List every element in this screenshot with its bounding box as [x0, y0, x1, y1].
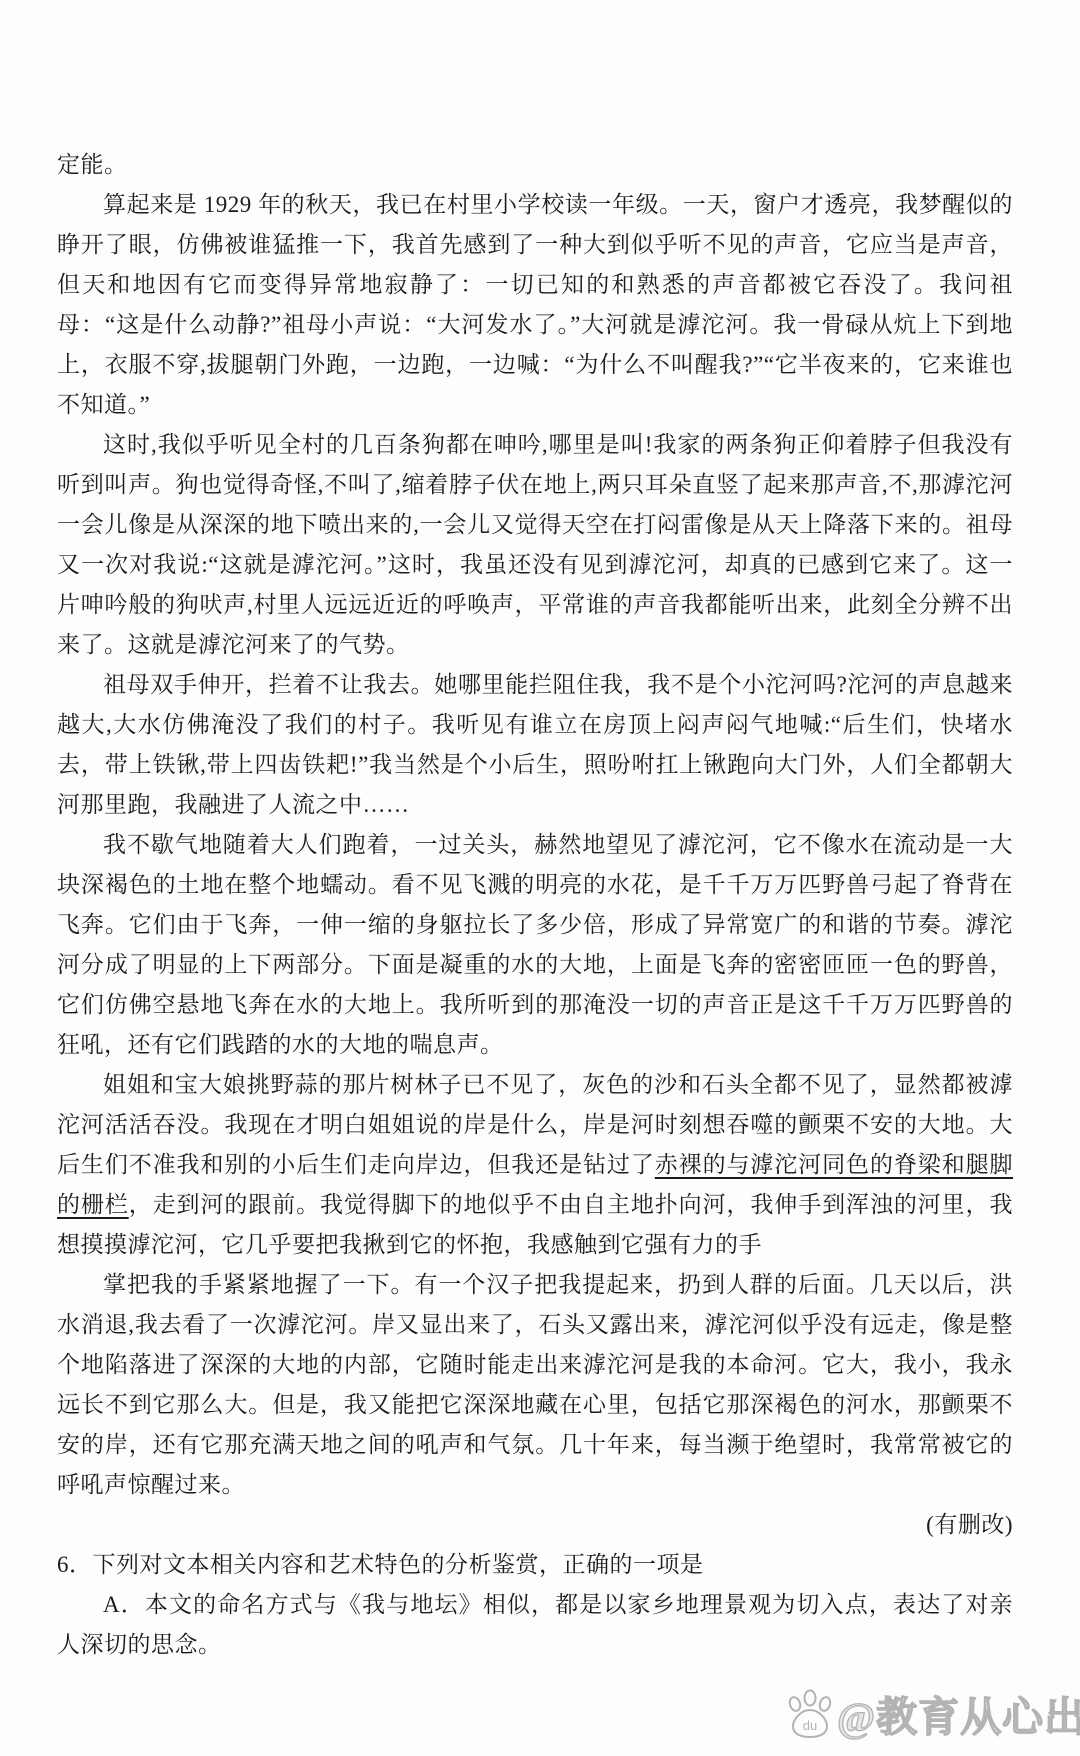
question-6-option-a: A．本文的命名方式与《我与地坛》相似，都是以家乡地理景观为切入点，表达了对亲人深…: [57, 1585, 1013, 1665]
source-note: (有删改): [57, 1505, 1013, 1545]
paragraph-4: 我不歇气地随着大人们跑着，一过关头，赫然地望见了滹沱河，它不像水在流动是一大块深…: [57, 825, 1013, 1065]
paragraph-5-text-after: ，走到河的跟前。我觉得脚下的地似乎不由自主地扑向河，我伸手到浑浊的河里，我想摸摸…: [57, 1192, 1013, 1257]
watermark-handle: @教育从心出: [837, 1684, 1080, 1743]
question-6-stem: 6．下列对文本相关内容和艺术特色的分析鉴赏，正确的一项是: [57, 1545, 1013, 1585]
reading-passage: 定能。 算起来是 1929 年的秋天，我已在村里小学校读一年级。一天，窗户才透亮…: [57, 145, 1013, 1665]
watermark: du @教育从心出: [786, 1684, 1080, 1743]
paragraph-3: 祖母双手伸开，拦着不让我去。她哪里能拦阻住我，我不是个小沱河吗?沱河的声息越来越…: [57, 665, 1013, 825]
scanned-exam-page: 定能。 算起来是 1929 年的秋天，我已在村里小学校读一年级。一天，窗户才透亮…: [0, 0, 1080, 1756]
paw-du-label: du: [803, 1718, 817, 1733]
baidu-paw-icon: du: [786, 1689, 834, 1739]
paragraph-6: 掌把我的手紧紧地握了一下。有一个汉子把我提起来，扔到人群的后面。几天以后，洪水消…: [57, 1265, 1013, 1505]
paragraph-2: 这时,我似乎听见全村的几百条狗都在呻吟,哪里是叫!我家的两条狗正仰着脖子但我没有…: [57, 425, 1013, 665]
paragraph-1: 算起来是 1929 年的秋天，我已在村里小学校读一年级。一天，窗户才透亮，我梦醒…: [57, 185, 1013, 425]
paragraph-fragment: 定能。: [57, 145, 1013, 185]
paragraph-5: 姐姐和宝大娘挑野蒜的那片树林子已不见了，灰色的沙和石头全都不见了，显然都被滹沱河…: [57, 1065, 1013, 1265]
